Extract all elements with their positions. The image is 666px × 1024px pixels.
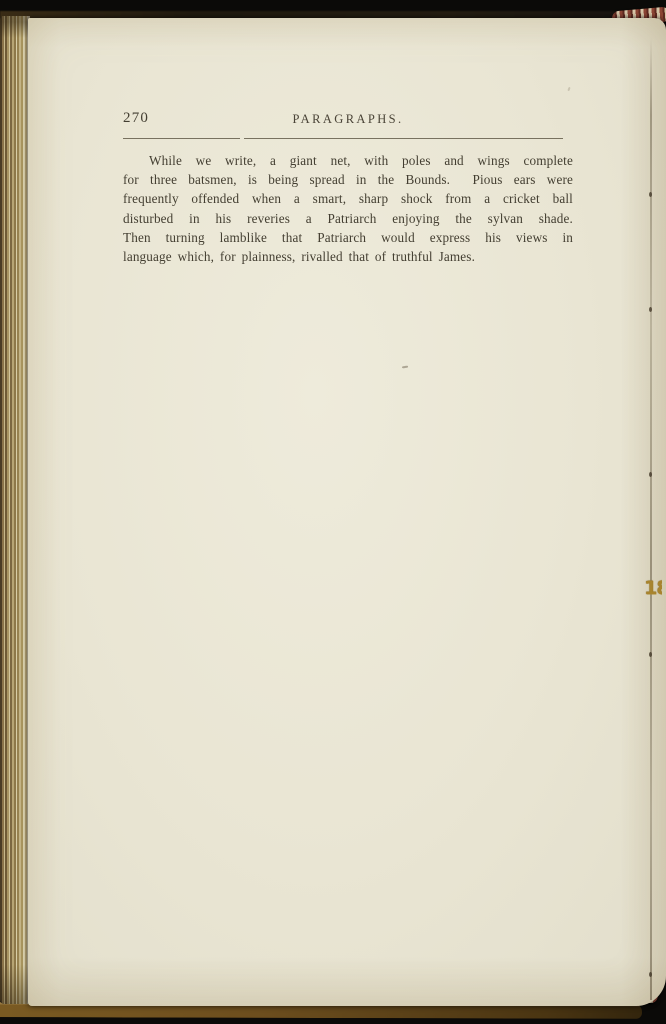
scanned-book-photo: 270 PARAGRAPHS. While we write, a giant … xyxy=(0,0,666,1024)
book-page: 270 PARAGRAPHS. While we write, a giant … xyxy=(28,18,666,1006)
running-header: PARAGRAPHS. xyxy=(123,112,573,127)
crease-speck xyxy=(649,192,652,197)
paragraph-line: Then turning lamblike that Patriarch wou… xyxy=(123,228,573,247)
crease-speck xyxy=(649,972,652,977)
crease-speck xyxy=(649,307,652,312)
paragraph: While we write, a giant net, with poles … xyxy=(123,151,573,266)
page-header: 270 PARAGRAPHS. xyxy=(123,110,573,128)
paragraph-line: for three batsmen, is being spread in th… xyxy=(123,170,573,189)
paper-speck xyxy=(567,87,570,91)
fore-edge-gilt-mark: 18 xyxy=(644,576,662,600)
paragraph-line: language which, for plainness, rivalled … xyxy=(123,247,573,266)
gutter-crease xyxy=(649,38,652,1000)
paragraph-line: frequently offended when a smart, sharp … xyxy=(123,189,573,208)
gutter-crease-line xyxy=(650,38,652,1000)
paragraph-line: While we write, a giant net, with poles … xyxy=(123,151,573,170)
header-rule xyxy=(123,138,563,139)
crease-speck xyxy=(649,472,652,477)
page-edge-stack xyxy=(0,16,30,1004)
paragraph-line: disturbed in his reveries a Patriarch en… xyxy=(123,209,573,228)
crease-speck xyxy=(649,652,652,657)
paper-speck xyxy=(402,366,408,368)
